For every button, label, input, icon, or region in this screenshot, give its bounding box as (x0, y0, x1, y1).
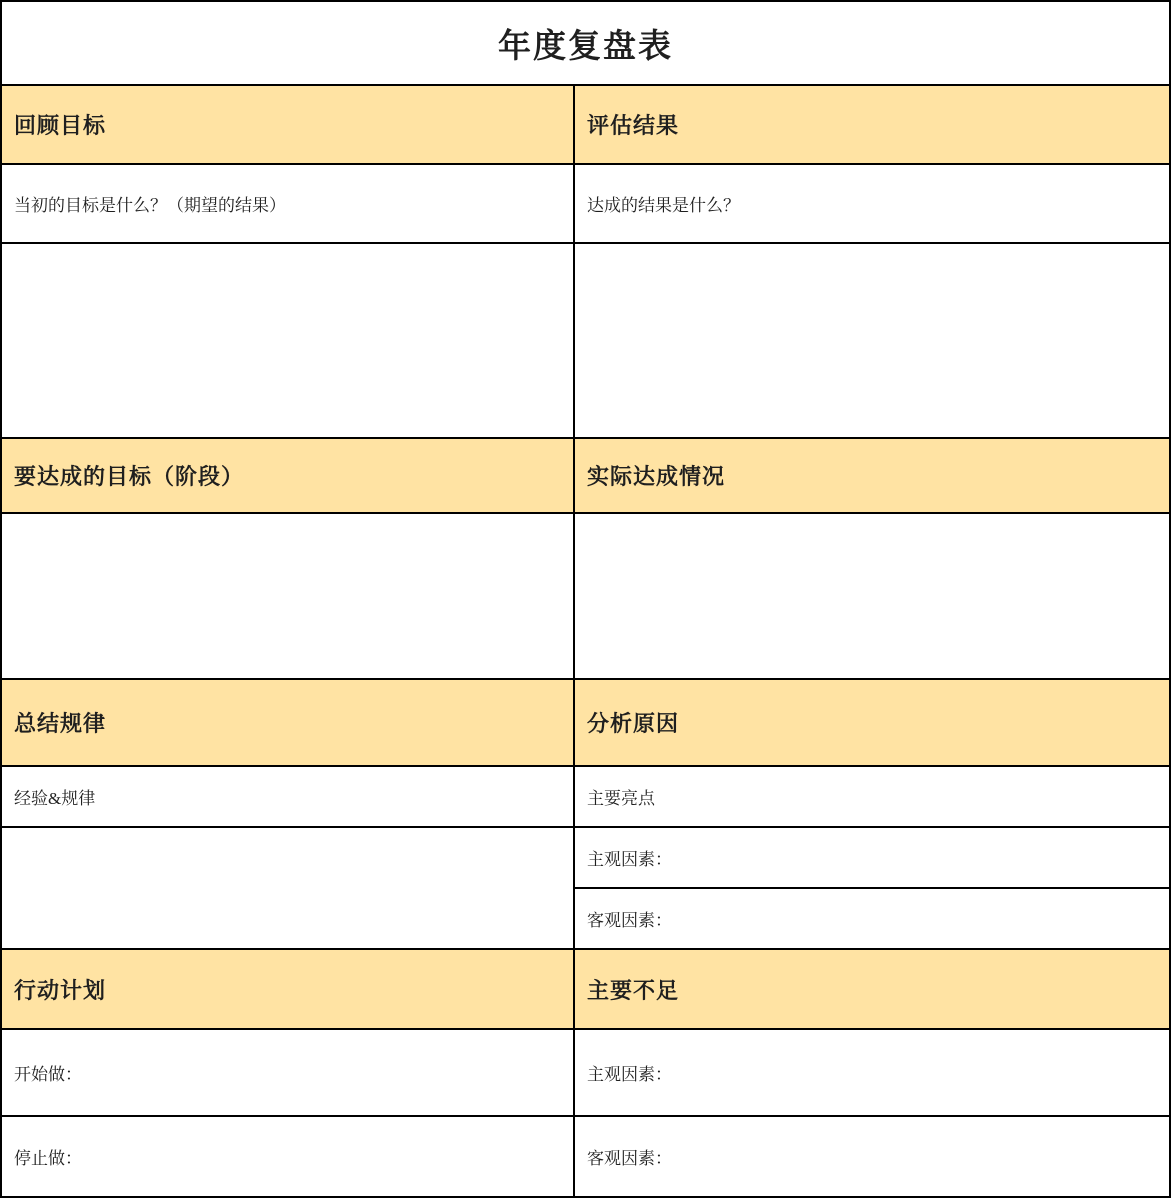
header-review-goals: 回顾目标 (2, 86, 573, 163)
header-analyze-causes: 分析原因 (575, 680, 1169, 765)
answer-area-actual-achievement[interactable] (575, 514, 1169, 678)
section4-row-1: 开始做： 主观因素： (2, 1030, 1169, 1115)
section3-prompt-row: 经验&规律 主要亮点 (2, 767, 1169, 826)
section1-header-row: 回顾目标 评估结果 (2, 86, 1169, 163)
section1-answer-row (2, 244, 1169, 437)
section3-factors-row: 主观因素： 客观因素： (2, 828, 1169, 948)
section2-answer-row (2, 514, 1169, 678)
answer-area-achieved-result[interactable] (575, 244, 1169, 437)
field-start-doing[interactable]: 开始做： (2, 1030, 573, 1115)
page-title: 年度复盘表 (2, 2, 1169, 84)
header-action-plan: 行动计划 (2, 950, 573, 1028)
header-evaluate-results: 评估结果 (575, 86, 1169, 163)
header-summarize-rules: 总结规律 (2, 680, 573, 765)
field-shortcoming-subjective[interactable]: 主观因素： (575, 1030, 1169, 1115)
header-target-goal-stage: 要达成的目标（阶段） (2, 439, 573, 512)
prompt-achieved-result: 达成的结果是什么？ (575, 165, 1169, 242)
section3-right-factors: 主观因素： 客观因素： (575, 828, 1169, 948)
field-objective-factors[interactable]: 客观因素： (575, 889, 1169, 948)
header-actual-achievement: 实际达成情况 (575, 439, 1169, 512)
section3-header-row: 总结规律 分析原因 (2, 680, 1169, 765)
field-subjective-factors[interactable]: 主观因素： (575, 828, 1169, 887)
prompt-main-highlights: 主要亮点 (575, 767, 1169, 826)
prompt-experience-rules: 经验&规律 (2, 767, 573, 826)
answer-area-original-goal[interactable] (2, 244, 573, 437)
section4-row-2: 停止做： 客观因素： (2, 1117, 1169, 1196)
section1-prompt-row: 当初的目标是什么？（期望的结果） 达成的结果是什么？ (2, 165, 1169, 242)
answer-area-experience-rules[interactable] (2, 828, 573, 948)
annual-review-table: 年度复盘表 回顾目标 评估结果 当初的目标是什么？（期望的结果） 达成的结果是什… (0, 0, 1171, 1198)
prompt-original-goal: 当初的目标是什么？（期望的结果） (2, 165, 573, 242)
field-stop-doing[interactable]: 停止做： (2, 1117, 573, 1196)
header-main-shortcomings: 主要不足 (575, 950, 1169, 1028)
answer-area-target-goal[interactable] (2, 514, 573, 678)
title-row: 年度复盘表 (2, 2, 1169, 84)
field-shortcoming-objective[interactable]: 客观因素： (575, 1117, 1169, 1196)
section4-header-row: 行动计划 主要不足 (2, 950, 1169, 1028)
section2-header-row: 要达成的目标（阶段） 实际达成情况 (2, 439, 1169, 512)
